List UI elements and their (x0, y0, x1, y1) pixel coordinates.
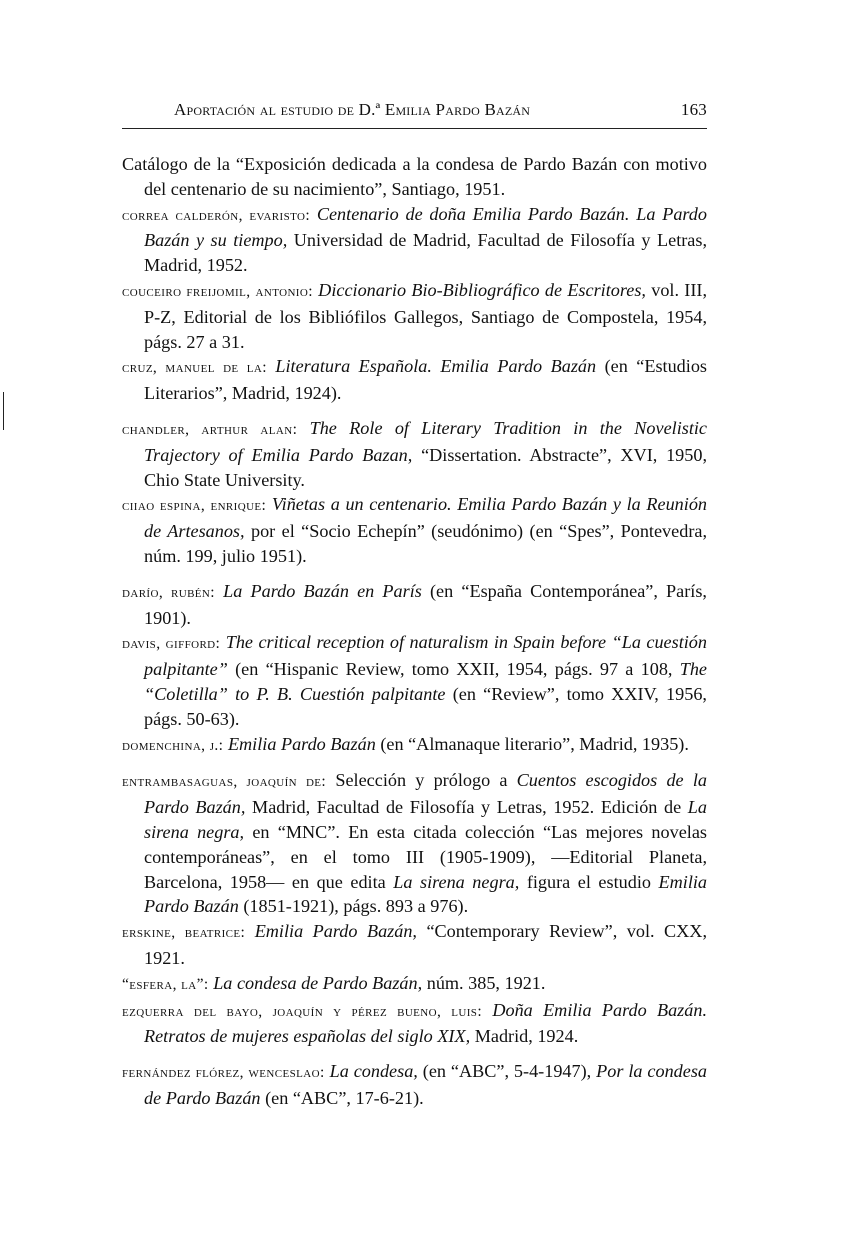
bibliography-entry: Entrambasaguas, Joaquín de: Selección y … (122, 768, 707, 919)
entry-author: Erskine, Beatrice: (122, 924, 245, 941)
entry-text: (en “Almanaque literario”, Madrid, 1935)… (376, 734, 689, 754)
entry-text: Catálogo de la “Exposición dedicada a la… (122, 154, 707, 199)
entry-author: Darío, Rubén: (122, 584, 215, 601)
bibliography-entry: Erskine, Beatrice: Emilia Pardo Bazán, “… (122, 919, 707, 971)
entry-title-italic: La condesa de Pardo Bazán, (209, 973, 423, 993)
entry-text: (en “ABC”, 5-4-1947), (418, 1061, 596, 1081)
entry-author: “Esfera, La”: (122, 976, 209, 993)
entry-title-italic: Emilia Pardo Bazán (223, 734, 375, 754)
entry-text: figura el estudio (519, 872, 658, 892)
entry-text: núm. 385, 1921. (422, 973, 545, 993)
bibliography-entry: Davis, Gifford: The critical reception o… (122, 630, 707, 731)
entry-author: Correa Calderón, Evaristo: (122, 207, 310, 224)
entry-text: (1851-1921), págs. 893 a 976). (239, 896, 468, 916)
margin-mark (3, 392, 4, 430)
entry-text: Madrid, Facultad de Filosofía y Letras, … (245, 797, 687, 817)
entry-title-italic: Diccionario Bio-Bibliográfico de Escrito… (313, 280, 646, 300)
bibliography-entry: Darío, Rubén: La Pardo Bazán en París (e… (122, 579, 707, 631)
bibliography-list: Catálogo de la “Exposición dedicada a la… (122, 152, 707, 1111)
bibliography-entry: Domenchina, J.: Emilia Pardo Bazán (en “… (122, 732, 707, 759)
bibliography-entry: Chandler, Arthur Alan: The Role of Liter… (122, 416, 707, 492)
entry-author: Fernández Flórez, Wenceslao: (122, 1064, 325, 1081)
entry-author: Couceiro Freijomil, Antonio: (122, 283, 313, 300)
running-title: Aportación al estudio de D.ª Emilia Pard… (174, 100, 530, 120)
bibliography-entry: Correa Calderón, Evaristo: Centenario de… (122, 202, 707, 278)
bibliography-entry: Ezquerra del Bayo, Joaquín y Pérez Bueno… (122, 998, 707, 1050)
bibliography-entry: Cruz, Manuel de la: Literatura Española.… (122, 354, 707, 406)
entry-author: Chandler, Arthur Alan: (122, 421, 297, 438)
entry-title-italic: La condesa, (325, 1061, 418, 1081)
bibliography-entry: Catálogo de la “Exposición dedicada a la… (122, 152, 707, 202)
entry-author: Ezquerra del Bayo, Joaquín y Pérez Bueno… (122, 1003, 482, 1020)
entry-author: Entrambasaguas, Joaquín de: (122, 773, 326, 790)
entry-author: Davis, Gifford: (122, 635, 220, 652)
entry-author: Ciiao Espina, Enrique: (122, 497, 266, 514)
entry-text: Selección y prólogo a (326, 770, 517, 790)
document-page: Aportación al estudio de D.ª Emilia Pard… (0, 0, 850, 1253)
running-header: Aportación al estudio de D.ª Emilia Pard… (122, 100, 707, 124)
entry-author: Domenchina, J.: (122, 737, 223, 754)
entry-title-italic: Emilia Pardo Bazán, (245, 921, 417, 941)
header-rule (122, 128, 707, 129)
bibliography-entry: Ciiao Espina, Enrique: Viñetas a un cent… (122, 492, 707, 568)
bibliography-entry: Fernández Flórez, Wenceslao: La condesa,… (122, 1059, 707, 1111)
entry-title-italic: La sirena negra, (393, 872, 519, 892)
entry-author: Cruz, Manuel de la: (122, 359, 267, 376)
entry-text: (en “ABC”, 17-6-21). (261, 1088, 424, 1108)
entry-title-italic: La Pardo Bazán en París (215, 581, 422, 601)
entry-text: (en “Hispanic Review, tomo XXII, 1954, p… (228, 659, 680, 679)
bibliography-entry: “Esfera, La”: La condesa de Pardo Bazán,… (122, 971, 707, 998)
entry-text: Madrid, 1924. (470, 1026, 578, 1046)
bibliography-entry: Couceiro Freijomil, Antonio: Diccionario… (122, 278, 707, 354)
entry-title-italic: Literatura Española. Emilia Pardo Bazán (267, 356, 596, 376)
page-number: 163 (681, 100, 707, 120)
